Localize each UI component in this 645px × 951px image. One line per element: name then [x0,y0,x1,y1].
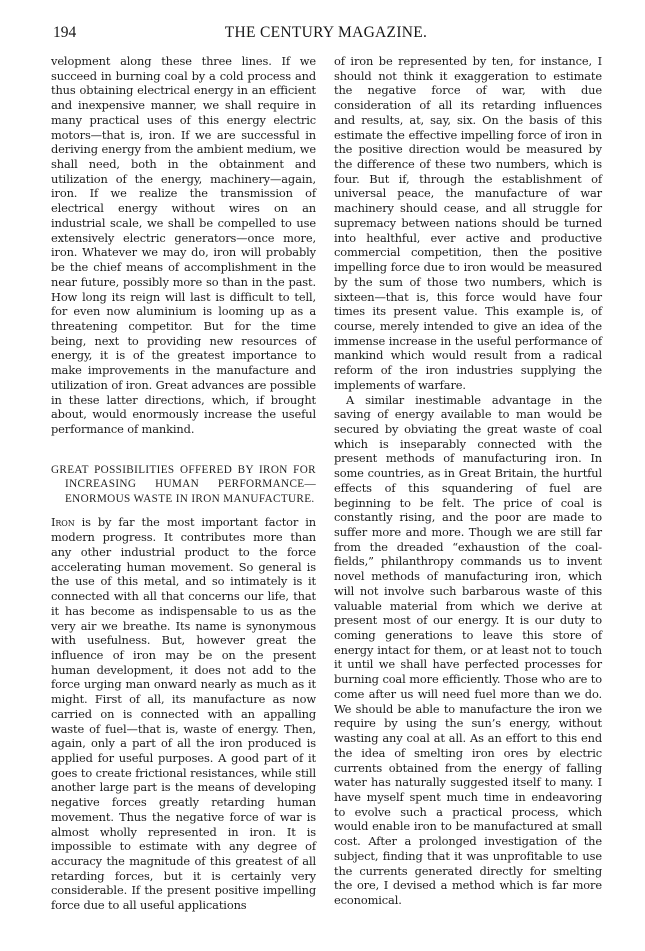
paragraph-iron-importance-text: is by far the most important factor in m… [51,515,316,912]
drop-lead-word: Iron [51,515,75,529]
running-head: 194 THE CENTURY MAGAZINE. [51,24,601,42]
paragraph-iron-importance: Iron is by far the most important factor… [51,515,316,912]
paragraph-force-of-war: of iron be represented by ten, for insta… [334,54,602,393]
paragraph-iron-development: velopment along these three lines. If we… [51,54,316,437]
right-column: of iron be represented by ten, for insta… [334,54,602,908]
journal-title: THE CENTURY MAGAZINE. [51,24,601,42]
magazine-page: 194 THE CENTURY MAGAZINE. velopment alon… [0,0,645,951]
paragraph-coal-waste: A similar inestimable advantage in the s… [334,393,602,908]
section-heading: GREAT POSSIBILITIES OFFERED BY IRON FOR … [51,463,316,507]
left-column: velopment along these three lines. If we… [51,54,316,913]
